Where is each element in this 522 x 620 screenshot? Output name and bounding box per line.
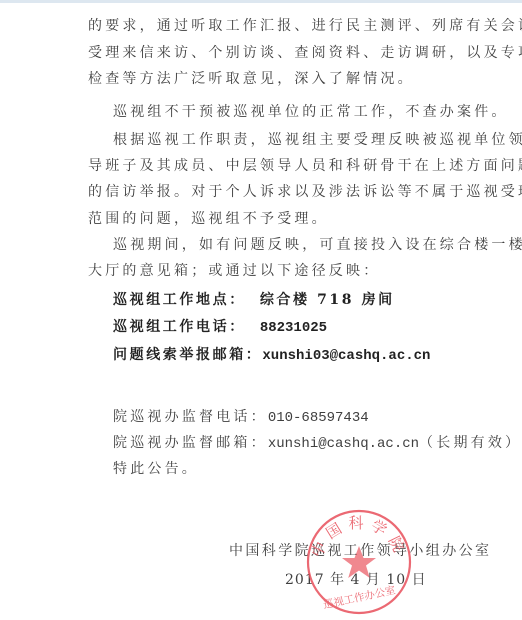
supervision-phone: 院巡视办监督电话：010-68597434 bbox=[113, 408, 369, 427]
text-line: 根据巡视工作职责，巡视组主要受理反映被巡视单位领 bbox=[113, 131, 522, 149]
contact-label: 问题线索举报邮箱： bbox=[113, 347, 262, 363]
supervision-label: 院巡视办监督电话： bbox=[113, 409, 268, 425]
text-line: 的要求，通过听取工作汇报、进行民主测评、列席有关会议、 bbox=[88, 17, 522, 35]
contact-label: 巡视组工作电话： bbox=[113, 319, 246, 335]
official-seal-icon: 中国科学院 巡视工作办公室 bbox=[305, 508, 413, 616]
supervision-label: 院巡视办监督邮箱： bbox=[113, 435, 268, 451]
contact-value: 88231025 bbox=[260, 320, 327, 336]
text-line: 受理来信来访、个别访谈、查阅资料、走访调研，以及专项 bbox=[88, 44, 522, 62]
supervision-email: 院巡视办监督邮箱：xunshi@cashq.ac.cn（长期有效） bbox=[113, 434, 522, 453]
closing-text: 特此公告。 bbox=[113, 460, 199, 478]
contact-label: 巡视组工作地点： bbox=[113, 292, 246, 308]
paragraph-no-interference: 巡视组不干预被巡视单位的正常工作，不查办案件。 bbox=[113, 103, 509, 121]
text-line: 范围的问题，巡视组不予受理。 bbox=[88, 210, 329, 228]
email-link[interactable]: xunshi@cashq.ac.cn bbox=[268, 436, 419, 452]
contact-email: 问题线索举报邮箱：xunshi03@cashq.ac.cn bbox=[113, 346, 430, 365]
contact-location: 巡视组工作地点：综合楼 718 房间 bbox=[113, 291, 395, 309]
contact-value: 综合楼 718 房间 bbox=[260, 292, 395, 308]
supervision-note: （长期有效） bbox=[419, 435, 522, 451]
supervision-value: 010-68597434 bbox=[268, 410, 369, 426]
text-line: 检查等方法广泛听取意见，深入了解情况。 bbox=[88, 70, 415, 88]
signature-organization: 中国科学院巡视工作领导小组办公室 bbox=[229, 542, 491, 560]
email-link[interactable]: xunshi03@cashq.ac.cn bbox=[262, 348, 430, 364]
text-line: 导班子及其成员、中层领导人员和科研骨干在上述方面问题 bbox=[88, 157, 522, 175]
text-line: 大厅的意见箱；或通过以下途径反映： bbox=[88, 262, 380, 280]
text-line: 的信访举报。对于个人诉求以及涉法诉讼等不属于巡视受理 bbox=[88, 183, 522, 201]
signature-date: 2017 年 4 月 10 日 bbox=[285, 571, 427, 589]
text-line: 巡视期间，如有问题反映，可直接投入设在综合楼一楼 bbox=[113, 236, 522, 254]
top-border bbox=[0, 0, 522, 3]
contact-phone: 巡视组工作电话：88231025 bbox=[113, 318, 327, 337]
